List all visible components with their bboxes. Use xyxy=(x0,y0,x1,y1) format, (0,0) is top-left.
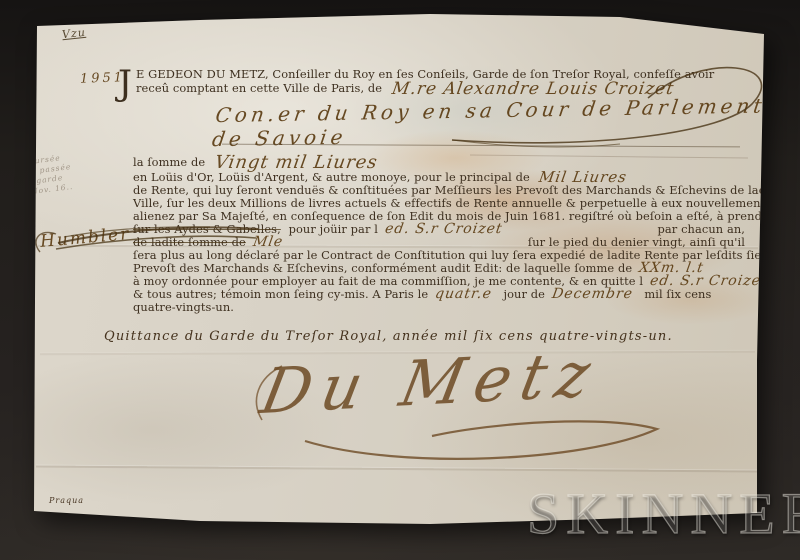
struck-text: de ladite ſomme de xyxy=(133,235,246,249)
header-line-2: receû comptant en cette Ville de Paris, … xyxy=(136,82,752,96)
month-manuscript: Decembre xyxy=(551,288,634,301)
body-line-11-printed-1: & tous autres; témoin mon ſeing cy-mis. … xyxy=(133,287,428,301)
day-manuscript: quatr.e xyxy=(434,288,493,301)
faint-marginal-note: Remboursée quitt.e passée par Lagarde ce… xyxy=(3,152,74,200)
parchment-wrapper: Vzu 1951 Remboursée quitt.e passée par L… xyxy=(0,0,800,560)
body-line-12: quatre-vingts-un. xyxy=(133,301,749,314)
body-line-1: la ſomme de Vingt mil Liures xyxy=(133,156,749,169)
header-line-2-printed: receû comptant en cette Ville de Paris, … xyxy=(136,81,382,95)
body-line-11-printed-3: mil ſix cens xyxy=(644,287,711,301)
sum-manuscript: Vingt mil Liures xyxy=(214,156,379,169)
body-line-6-printed: pour joüir par l xyxy=(289,222,378,236)
fold-crease xyxy=(36,465,758,472)
signature-swash xyxy=(305,421,657,458)
du-metz-signature: Du Metz xyxy=(255,339,605,427)
payer-name-manuscript: M.re Alexandre Louis Croizet xyxy=(391,83,675,96)
beneficiary-manuscript: ed. S.r Croizet xyxy=(384,223,503,236)
drop-cap-initial: J xyxy=(118,64,132,104)
parchment-document: Vzu 1951 Remboursée quitt.e passée par L… xyxy=(0,0,800,560)
marginal-signature: Humbler xyxy=(39,224,131,252)
body-line-9-printed: Prevoſt des Marchands & Eſchevins, confo… xyxy=(133,261,632,275)
skinner-watermark: SKINNER xyxy=(527,484,800,544)
collector-mark: Praqua xyxy=(49,496,84,505)
body-line-2-printed: en Loüis d'Or, Loüis d'Argent, & autre m… xyxy=(133,170,530,184)
body-line-11-printed-2: jour de xyxy=(503,287,545,301)
payer-title-manuscript: Con.er du Roy en sa Cour de Parlement de… xyxy=(211,93,800,151)
corner-ink-mark: Vzu xyxy=(61,26,86,41)
sum-label: la ſomme de xyxy=(133,155,205,169)
